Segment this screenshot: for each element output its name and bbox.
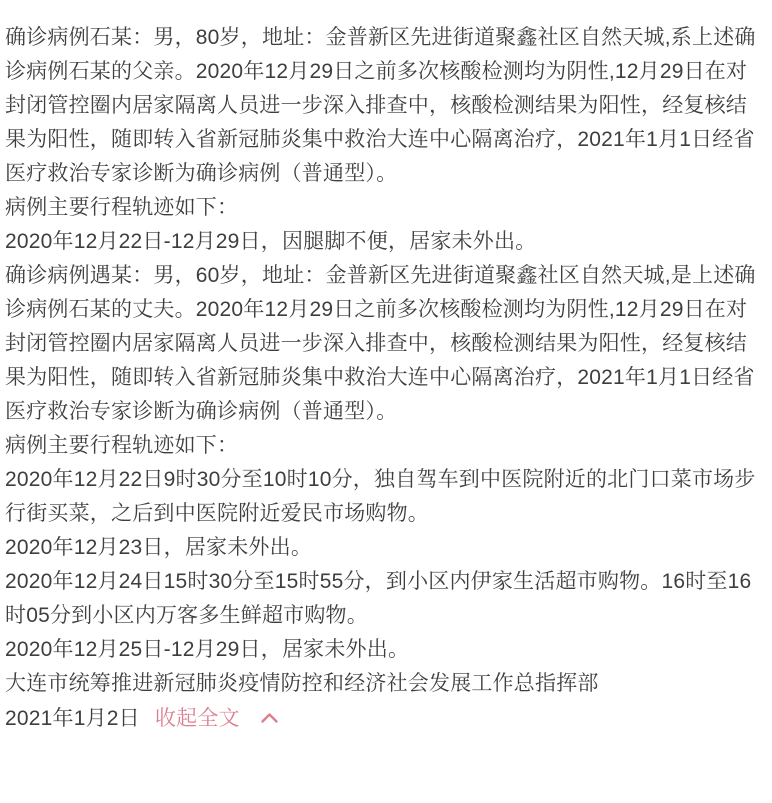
case1-trajectory-item: 2020年12月22日-12月29日，因腿脚不便，居家未外出。 [5,225,758,259]
case2-trajectory-heading: 病例主要行程轨迹如下： [5,429,758,463]
case2-trajectory-item: 2020年12月25日-12月29日，居家未外出。 [5,633,758,667]
collapse-full-text-link[interactable]: 收起全文 [155,707,279,730]
case1-trajectory-heading: 病例主要行程轨迹如下： [5,191,758,225]
case2-trajectory-item: 2020年12月23日，居家未外出。 [5,531,758,565]
case2-trajectory-item: 2020年12月22日9时30分至10时10分，独自驾车到中医院附近的北门口菜市… [5,463,758,531]
footer-line: 2021年1月2日 收起全文 [5,701,758,736]
case2-trajectory-item: 2020年12月24日15时30分至15时55分，到小区内伊家生活超市购物。16… [5,565,758,633]
post-date: 2021年1月2日 [5,707,140,730]
issuer-line: 大连市统筹推进新冠肺炎疫情防控和经济社会发展工作总指挥部 [5,667,758,701]
chevron-up-icon [260,701,279,735]
post-body: 确诊病例石某：男，80岁，地址：金普新区先进街道聚鑫社区自然天城,系上述确诊病例… [0,0,772,803]
case2-description: 确诊病例遇某：男，60岁，地址：金普新区先进街道聚鑫社区自然天城,是上述确诊病例… [5,259,758,429]
case1-description: 确诊病例石某：男，80岁，地址：金普新区先进街道聚鑫社区自然天城,系上述确诊病例… [5,21,758,191]
collapse-label: 收起全文 [155,707,240,730]
